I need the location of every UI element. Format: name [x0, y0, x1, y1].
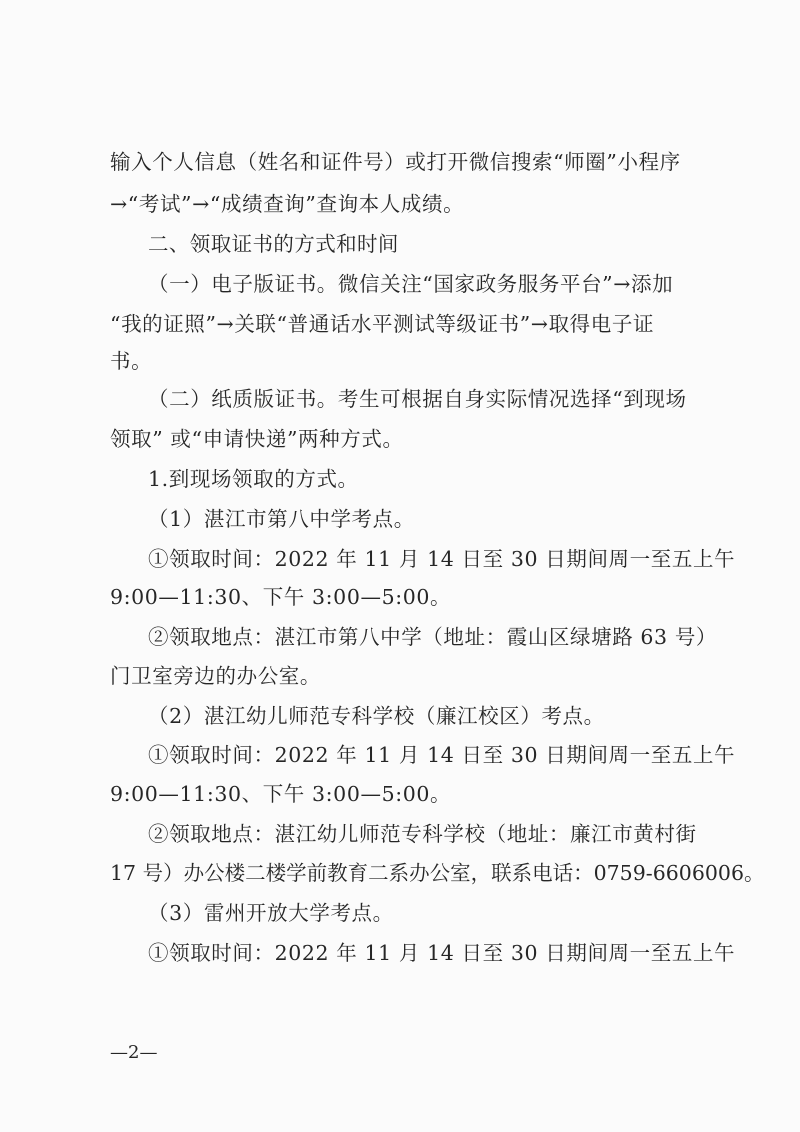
paragraph-line: （二）纸质版证书。考生可根据自身实际情况选择“到现场	[148, 385, 748, 413]
section-heading: 二、领取证书的方式和时间	[148, 230, 748, 258]
paragraph-line: 门卫室旁边的办公室。	[110, 662, 710, 690]
paragraph-line: “我的证照”→关联“普通话水平测试等级证书”→取得电子证	[110, 310, 710, 338]
paragraph-line: ②领取地点：湛江幼儿师范专科学校（地址：廉江市黄村街	[148, 820, 748, 848]
paragraph-line: 输入个人信息（姓名和证件号）或打开微信搜索“师圈”小程序	[110, 148, 710, 176]
paragraph-line: （一）电子版证书。微信关注“国家政务服务平台”→添加	[148, 270, 748, 298]
paragraph-line: 9:00—11:30、下午 3:00—5:00。	[110, 583, 710, 611]
paragraph-line: ②领取地点：湛江市第八中学（地址：霞山区绿塘路 63 号）	[148, 623, 748, 651]
paragraph-line: ①领取时间：2022 年 11 月 14 日至 30 日期间周一至五上午	[148, 939, 748, 967]
paragraph-line: →“考试”→“成绩查询”查询本人成绩。	[110, 190, 710, 218]
subheading: （1）湛江市第八中学考点。	[148, 505, 748, 533]
paragraph-line: ①领取时间：2022 年 11 月 14 日至 30 日期间周一至五上午	[148, 545, 748, 573]
subheading: （2）湛江幼儿师范专科学校（廉江校区）考点。	[148, 702, 748, 730]
subheading: （3）雷州开放大学考点。	[148, 899, 748, 927]
paragraph-line: 9:00—11:30、下午 3:00—5:00。	[110, 780, 710, 808]
subheading: 1.到现场领取的方式。	[148, 465, 748, 493]
paragraph-line: 17 号）办公楼二楼学前教育二系办公室，联系电话：0759-6606006。	[110, 859, 710, 887]
paragraph-line: ①领取时间：2022 年 11 月 14 日至 30 日期间周一至五上午	[148, 741, 748, 769]
page-number: —2—	[110, 1041, 157, 1065]
paragraph-line: 书。	[110, 347, 710, 375]
document-page: 输入个人信息（姓名和证件号）或打开微信搜索“师圈”小程序 →“考试”→“成绩查询…	[0, 0, 800, 1132]
paragraph-line: 领取” 或“申请快递”两种方式。	[110, 425, 710, 453]
